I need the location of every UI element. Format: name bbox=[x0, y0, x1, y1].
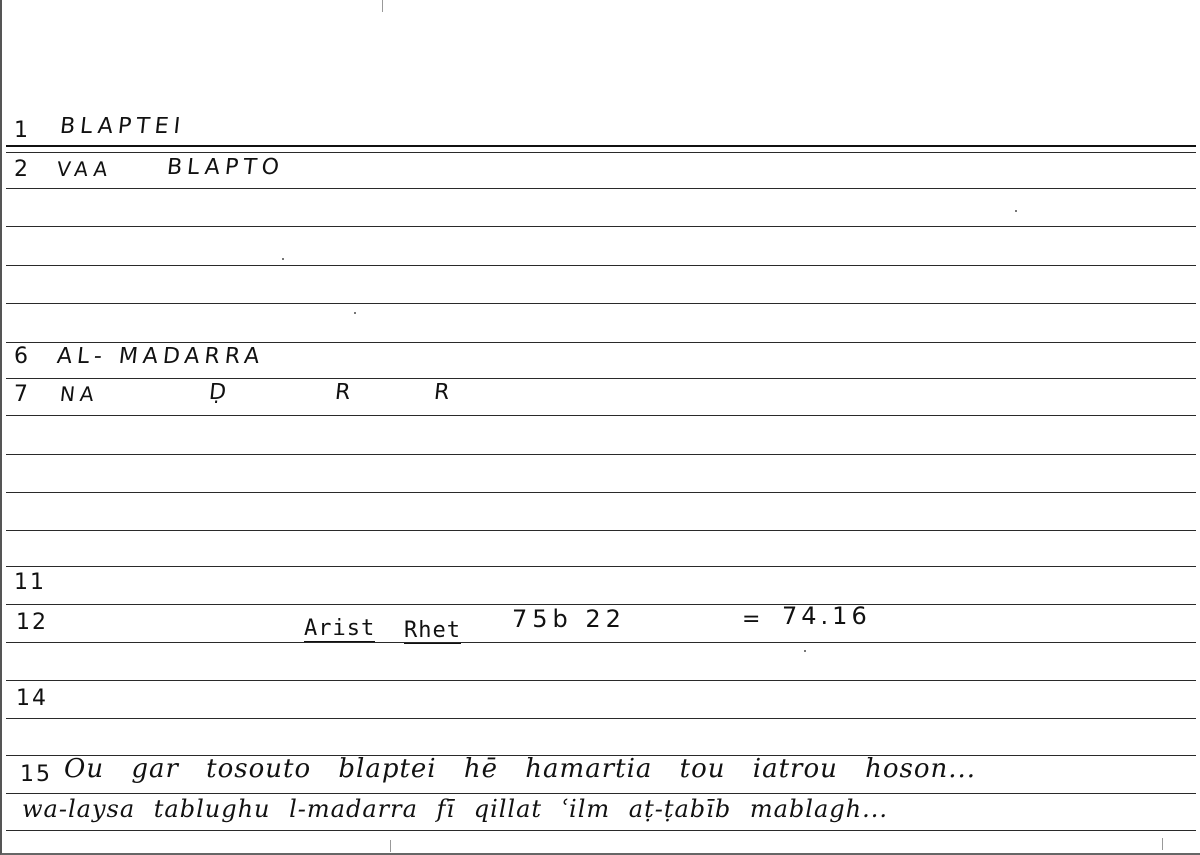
line-number: 14 bbox=[16, 686, 48, 711]
arabic-root-letter: R bbox=[433, 380, 456, 405]
line-number: 11 bbox=[14, 570, 46, 595]
arabic-root-letter: Ḍ bbox=[208, 380, 233, 405]
source-author-text: Arist bbox=[304, 616, 375, 642]
scan-speck bbox=[804, 650, 806, 652]
rule-line bbox=[6, 152, 1196, 153]
scan-speck bbox=[1015, 210, 1017, 212]
rule-line bbox=[6, 415, 1196, 416]
rule-line bbox=[6, 680, 1196, 681]
arabic-headword: AL- MADARRA bbox=[56, 344, 266, 369]
greek-root-label: VAA bbox=[56, 157, 114, 181]
rule-line bbox=[6, 188, 1196, 189]
rule-line bbox=[6, 566, 1196, 567]
line-number: 6 bbox=[14, 344, 30, 369]
rule-line bbox=[6, 145, 1196, 147]
rule-line bbox=[6, 492, 1196, 493]
scan-mark bbox=[382, 0, 383, 12]
scan-mark bbox=[1162, 838, 1163, 850]
greek-headword: BLAPTEI bbox=[59, 114, 187, 139]
line-number: 12 bbox=[16, 610, 48, 635]
scan-mark bbox=[390, 840, 391, 852]
rule-line bbox=[6, 454, 1196, 455]
arabic-root-letter: R bbox=[334, 380, 357, 405]
line-number: 1 bbox=[14, 118, 30, 143]
arabic-root-label: NA bbox=[59, 382, 100, 406]
line-number: 15 bbox=[20, 762, 52, 787]
equals-sign: = bbox=[742, 607, 762, 632]
scan-speck bbox=[282, 258, 284, 260]
rule-line bbox=[6, 226, 1196, 227]
rule-line bbox=[6, 793, 1196, 794]
scan-speck bbox=[354, 312, 356, 314]
line-number: 2 bbox=[14, 157, 30, 182]
greek-root: BLAPTO bbox=[166, 155, 286, 180]
index-card: 1 BLAPTEI 2 VAA BLAPTO 6 AL- MADARRA 7 N… bbox=[0, 0, 1200, 855]
source-locus: 75b 22 bbox=[512, 605, 626, 633]
source-author: Arist bbox=[304, 616, 375, 641]
rule-line bbox=[6, 303, 1196, 304]
rule-line bbox=[6, 718, 1196, 719]
rule-line bbox=[6, 342, 1196, 343]
arabic-page-ref: 74.16 bbox=[782, 602, 871, 630]
arabic-quotation: wa-laysa tablughu l-madarra fī qillat ʿi… bbox=[22, 795, 888, 823]
rule-line bbox=[6, 378, 1196, 379]
source-work: Rhet bbox=[404, 618, 461, 643]
source-work-text: Rhet bbox=[404, 618, 461, 644]
rule-line bbox=[6, 830, 1196, 831]
rule-line bbox=[6, 530, 1196, 531]
greek-quotation: Ou gar tosouto blaptei hē hamartia tou i… bbox=[64, 754, 976, 784]
rule-line bbox=[6, 642, 1196, 643]
rule-line bbox=[6, 265, 1196, 266]
line-number: 7 bbox=[14, 382, 30, 407]
